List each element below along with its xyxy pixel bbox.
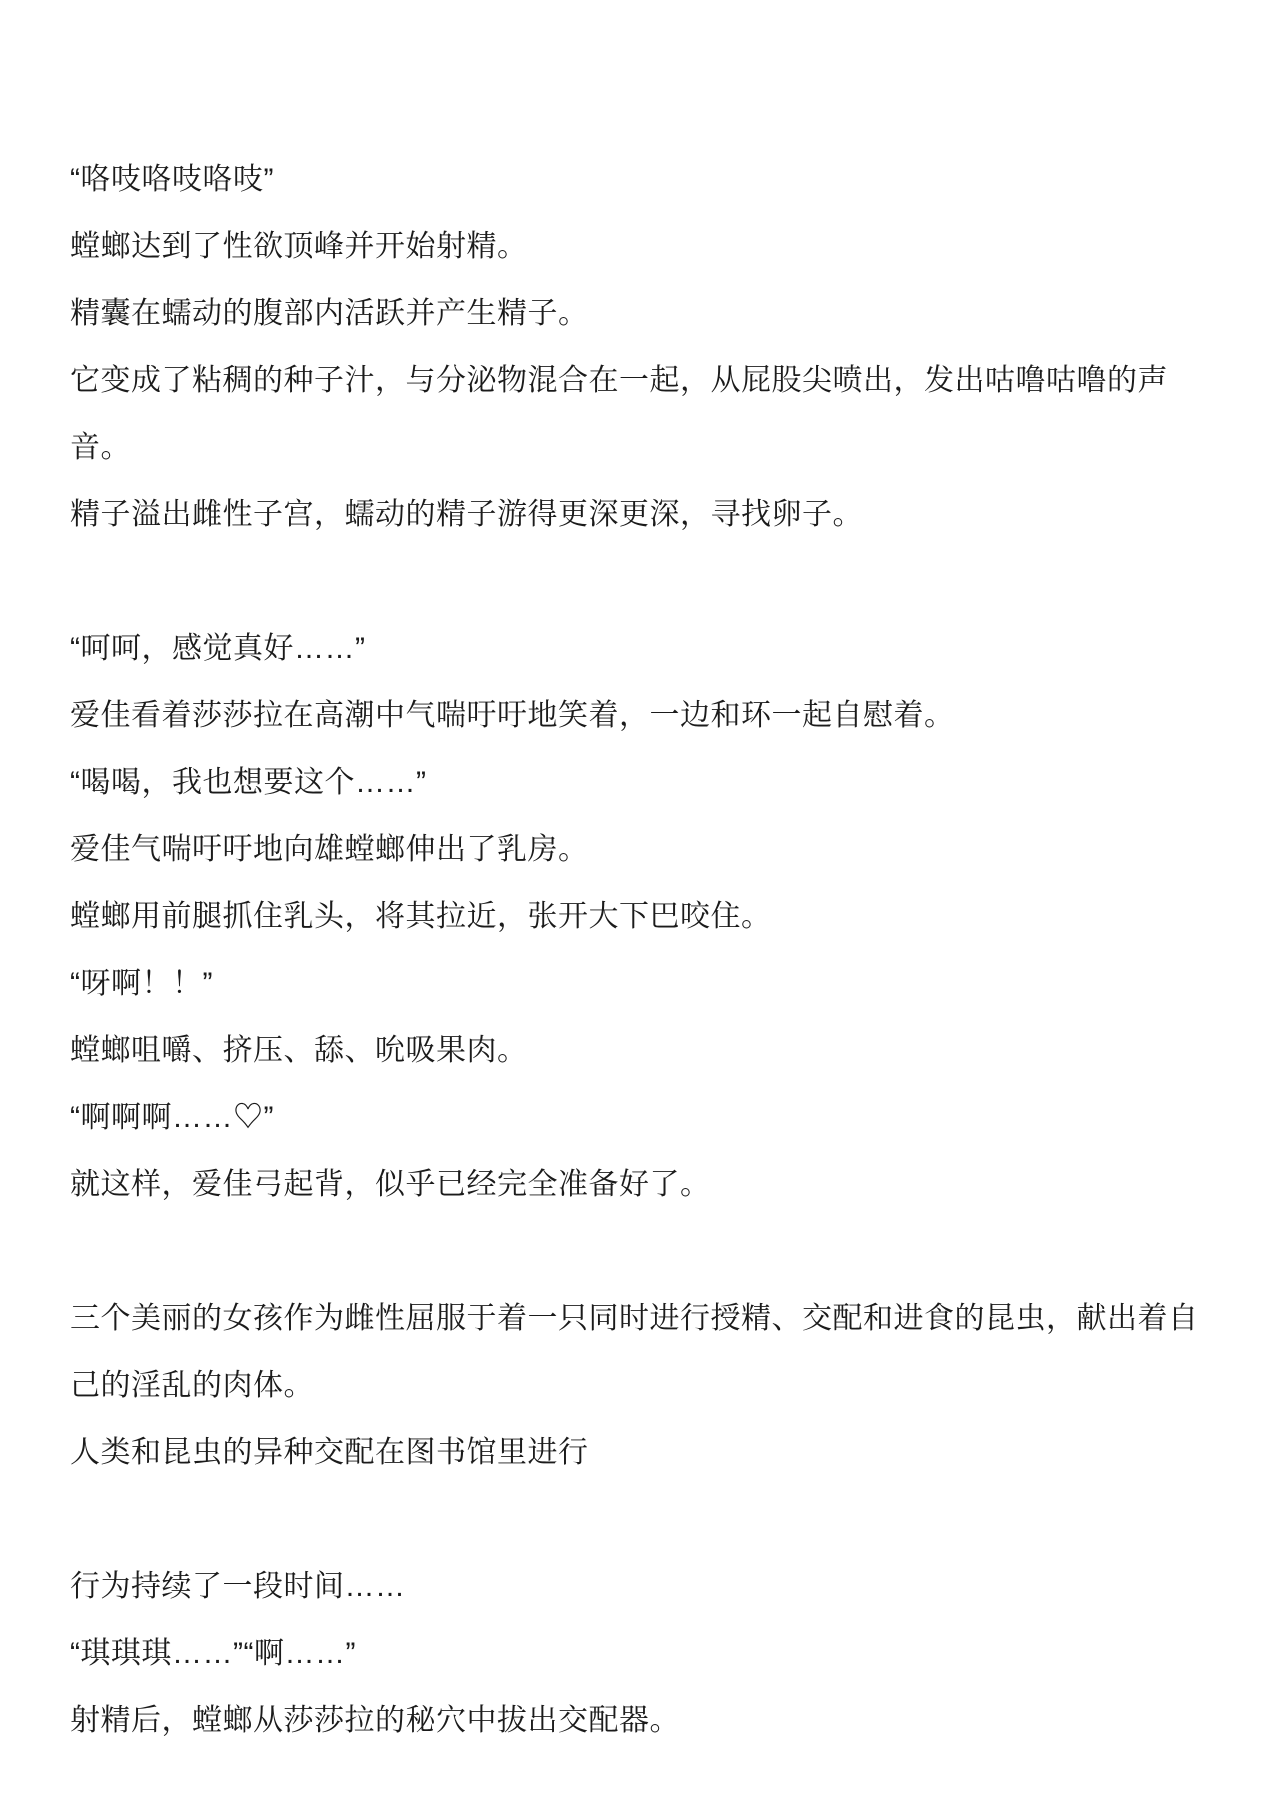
narration-line: 精囊在蠕动的腹部内活跃并产生精子。 bbox=[70, 280, 1222, 347]
narration-line: 精子溢出雌性子宫，蠕动的精子游得更深更深，寻找卵子。 bbox=[70, 481, 1222, 548]
document-page: “咯吱咯吱咯吱” 螳螂达到了性欲顶峰并开始射精。 精囊在蠕动的腹部内活跃并产生精… bbox=[0, 0, 1280, 1811]
dialogue-line: “呵呵，感觉真好……” bbox=[70, 615, 1222, 682]
narration-line: 三个美丽的女孩作为雌性屈服于着一只同时进行授精、交配和进食的昆虫，献出着自己的淫… bbox=[70, 1285, 1222, 1419]
narration-line: 行为持续了一段时间…… bbox=[70, 1553, 1222, 1620]
narration-line: 爱佳气喘吁吁地向雄螳螂伸出了乳房。 bbox=[70, 816, 1222, 883]
narration-line: 就这样，爱佳弓起背，似乎已经完全准备好了。 bbox=[70, 1151, 1222, 1218]
narration-line: 射精后，螳螂从莎莎拉的秘穴中拔出交配器。 bbox=[70, 1687, 1222, 1754]
narration-line: 螳螂咀嚼、挤压、舔、吮吸果肉。 bbox=[70, 1017, 1222, 1084]
dialogue-line: “啊啊啊……♡” bbox=[70, 1084, 1222, 1151]
narration-line: 螳螂达到了性欲顶峰并开始射精。 bbox=[70, 213, 1222, 280]
narration-line: 螳螂用前腿抓住乳头，将其拉近，张开大下巴咬住。 bbox=[70, 883, 1222, 950]
dialogue-line: “喝喝，我也想要这个……” bbox=[70, 749, 1222, 816]
narration-line: 它变成了粘稠的种子汁，与分泌物混合在一起，从屁股尖喷出，发出咕噜咕噜的声音。 bbox=[70, 347, 1222, 481]
narration-line: 人类和昆虫的异种交配在图书馆里进行 bbox=[70, 1419, 1222, 1486]
narration-line: 爱佳看着莎莎拉在高潮中气喘吁吁地笑着，一边和环一起自慰着。 bbox=[70, 682, 1222, 749]
dialogue-line: “咯吱咯吱咯吱” bbox=[70, 146, 1222, 213]
dialogue-line: “琪琪琪……”“啊……” bbox=[70, 1620, 1222, 1687]
dialogue-line: “呀啊！！” bbox=[70, 950, 1222, 1017]
